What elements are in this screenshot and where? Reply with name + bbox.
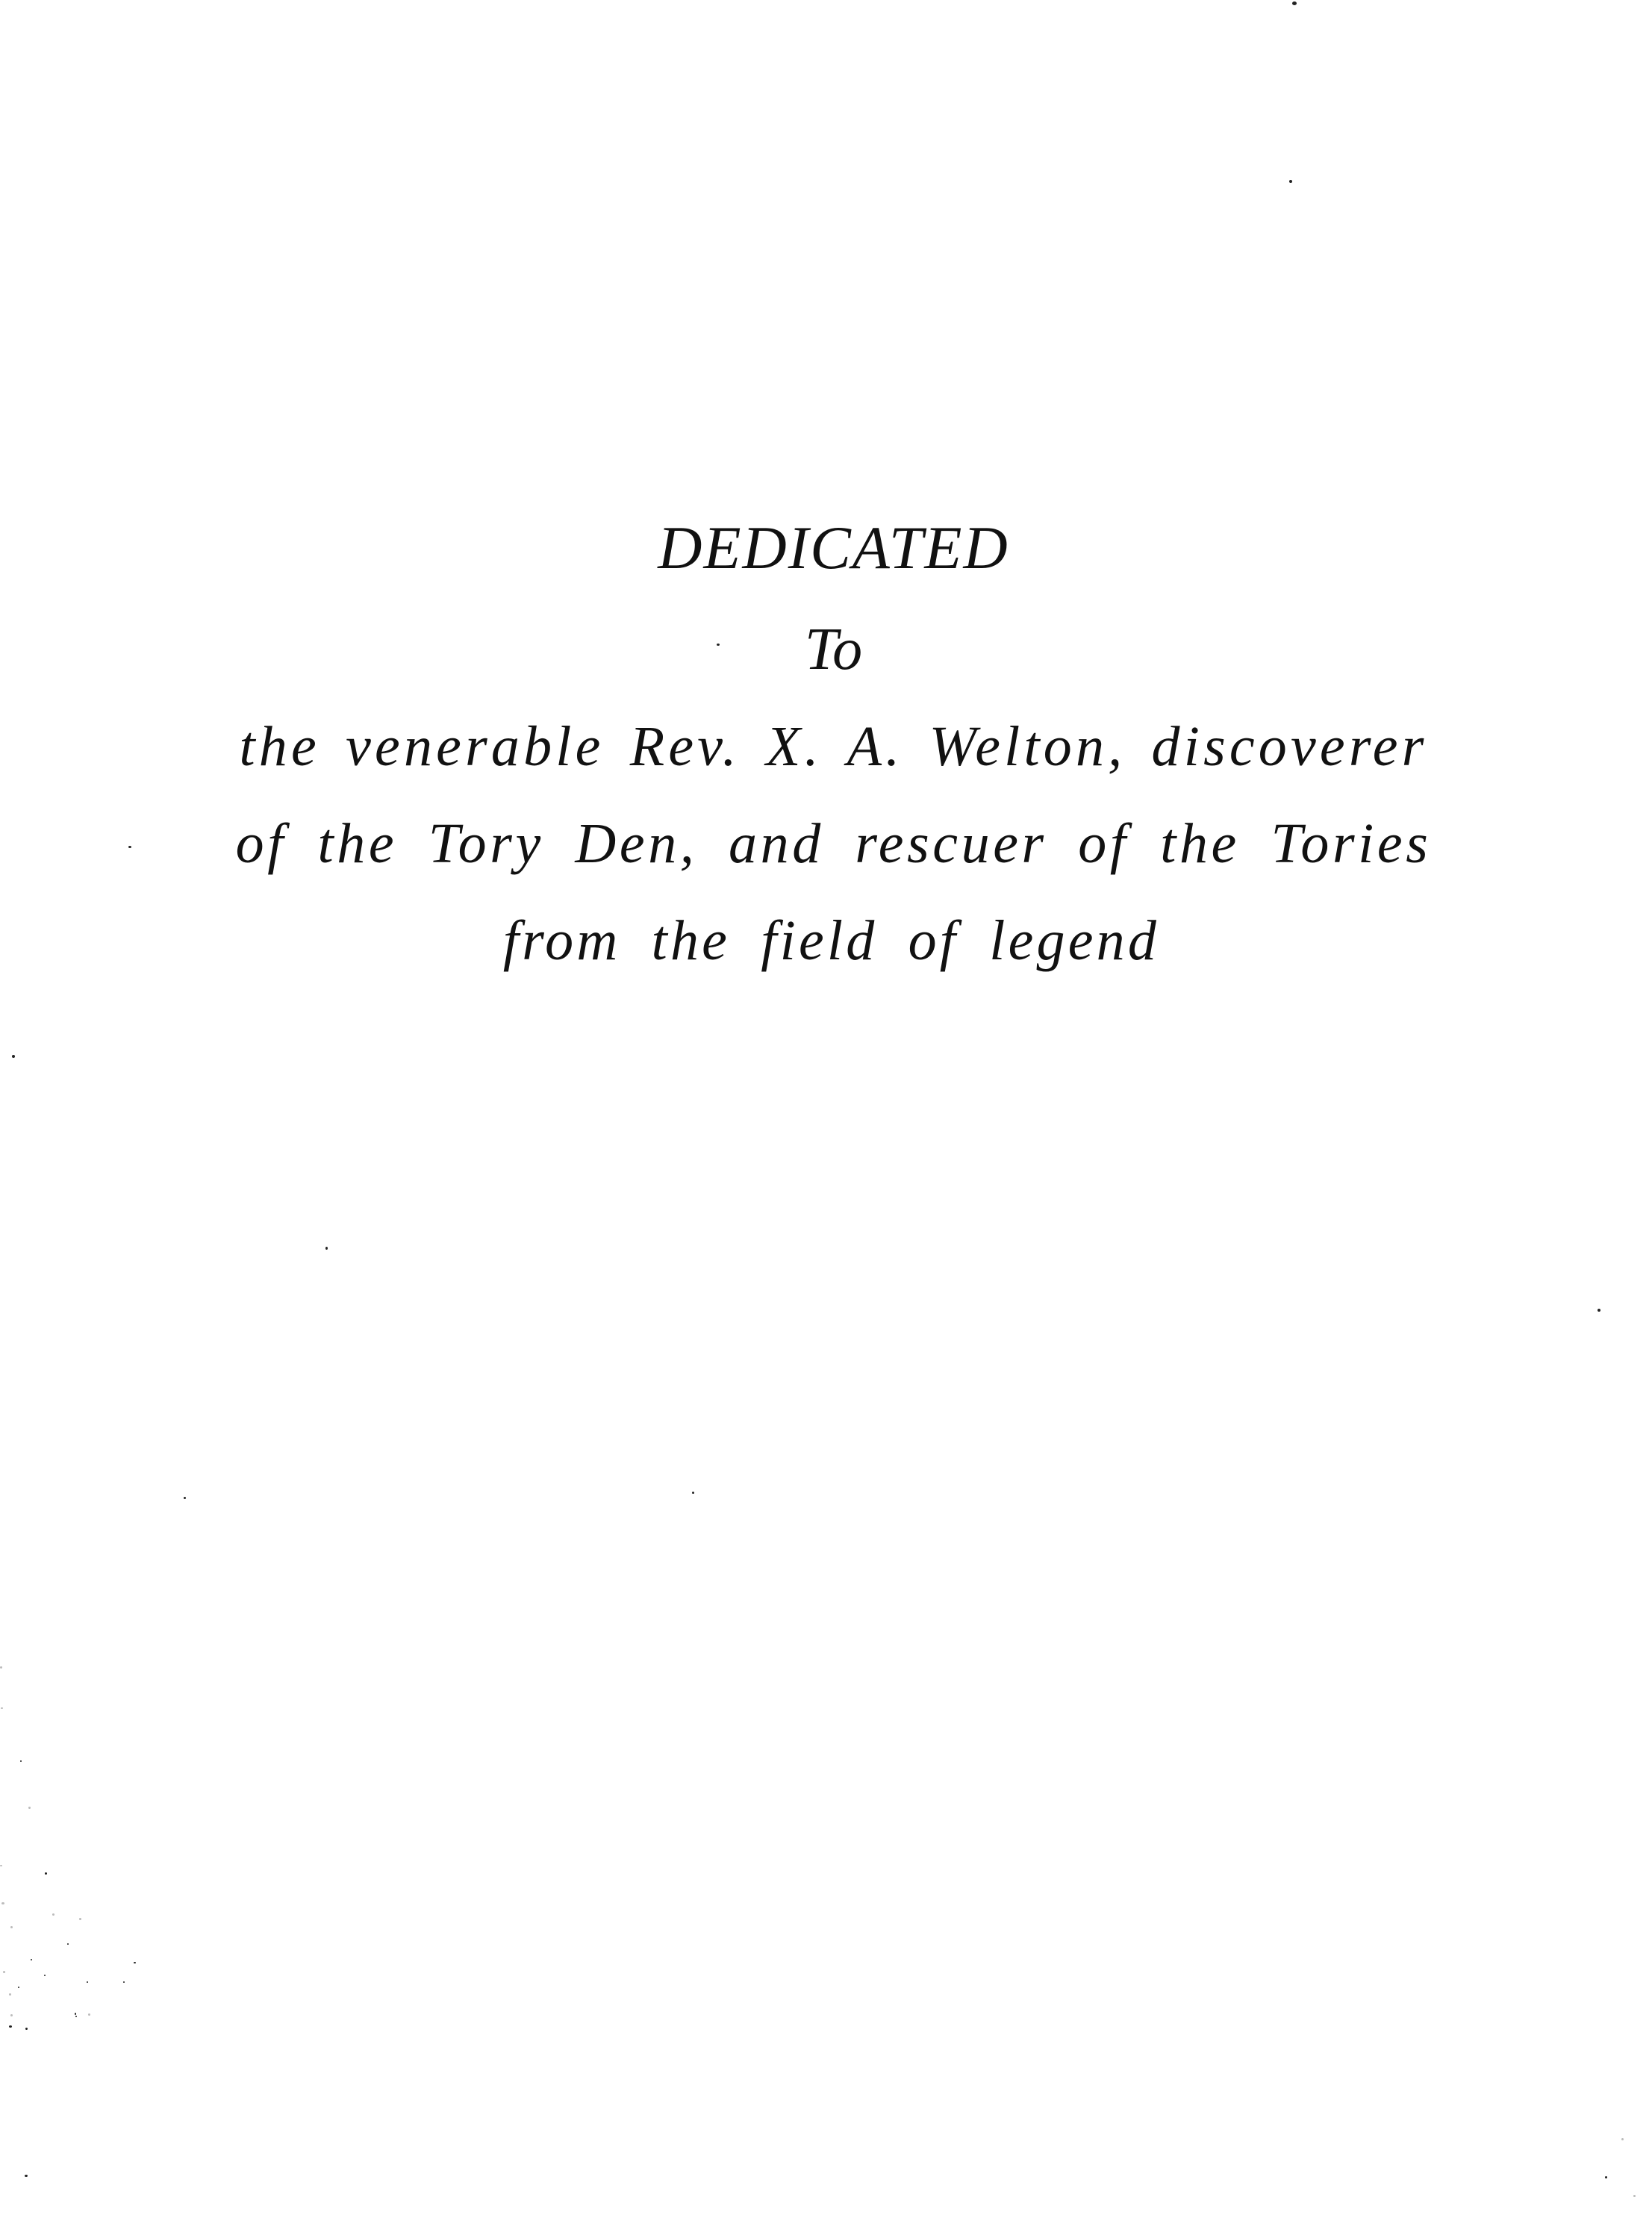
scan-speck bbox=[128, 846, 131, 848]
scan-speck bbox=[0, 1666, 2, 1669]
scan-speck bbox=[1633, 2195, 1636, 2197]
dedication-line-2: of the Tory Den, and rescuer of the Tori… bbox=[0, 815, 1652, 872]
scan-speck bbox=[75, 2016, 77, 2017]
scan-speck bbox=[28, 1807, 31, 1809]
scan-speck bbox=[1292, 1, 1297, 5]
scan-speck bbox=[184, 1497, 186, 1499]
book-page: DEDICATED To the venerable Rev. X. A. We… bbox=[0, 0, 1652, 2221]
scan-speck bbox=[1289, 180, 1292, 183]
scan-speck bbox=[67, 1943, 69, 1945]
scan-speck bbox=[10, 2014, 13, 2016]
scan-speck bbox=[1, 1902, 4, 1904]
scan-speck bbox=[325, 1247, 328, 1250]
dedication-line-3: from the field of legend bbox=[0, 912, 1652, 969]
scan-speck bbox=[88, 2013, 90, 2016]
dedication-line-1: the venerable Rev. X. A. Welton, discove… bbox=[0, 718, 1652, 775]
scan-speck bbox=[123, 1981, 125, 1983]
scan-speck bbox=[717, 644, 720, 646]
scan-speck bbox=[52, 1913, 54, 1916]
scan-speck bbox=[3, 1971, 5, 1973]
scan-speck bbox=[31, 1959, 32, 1960]
scan-speck bbox=[10, 1926, 13, 1928]
scan-speck bbox=[1605, 2176, 1607, 2178]
dedication-to: To bbox=[0, 620, 1652, 679]
scan-speck bbox=[134, 1962, 136, 1963]
scan-speck bbox=[1598, 1309, 1600, 1312]
scan-speck bbox=[1621, 2138, 1624, 2140]
scan-speck bbox=[9, 1993, 11, 1996]
scan-speck bbox=[1, 1707, 3, 1709]
scan-speck bbox=[12, 1055, 15, 1058]
scan-speck bbox=[0, 1865, 2, 1866]
scan-speck bbox=[20, 1760, 22, 1762]
scan-speck bbox=[79, 1918, 81, 1920]
scan-speck bbox=[87, 1981, 88, 1983]
scan-speck bbox=[25, 2175, 28, 2177]
scan-speck bbox=[9, 2025, 12, 2028]
scan-speck bbox=[18, 1987, 19, 1988]
scan-speck bbox=[692, 1492, 694, 1494]
scan-speck bbox=[25, 2028, 28, 2030]
scan-speck bbox=[44, 1975, 46, 1976]
dedication-heading: DEDICATED bbox=[0, 517, 1652, 579]
scan-speck bbox=[45, 1872, 47, 1875]
scan-speck bbox=[75, 2013, 76, 2015]
